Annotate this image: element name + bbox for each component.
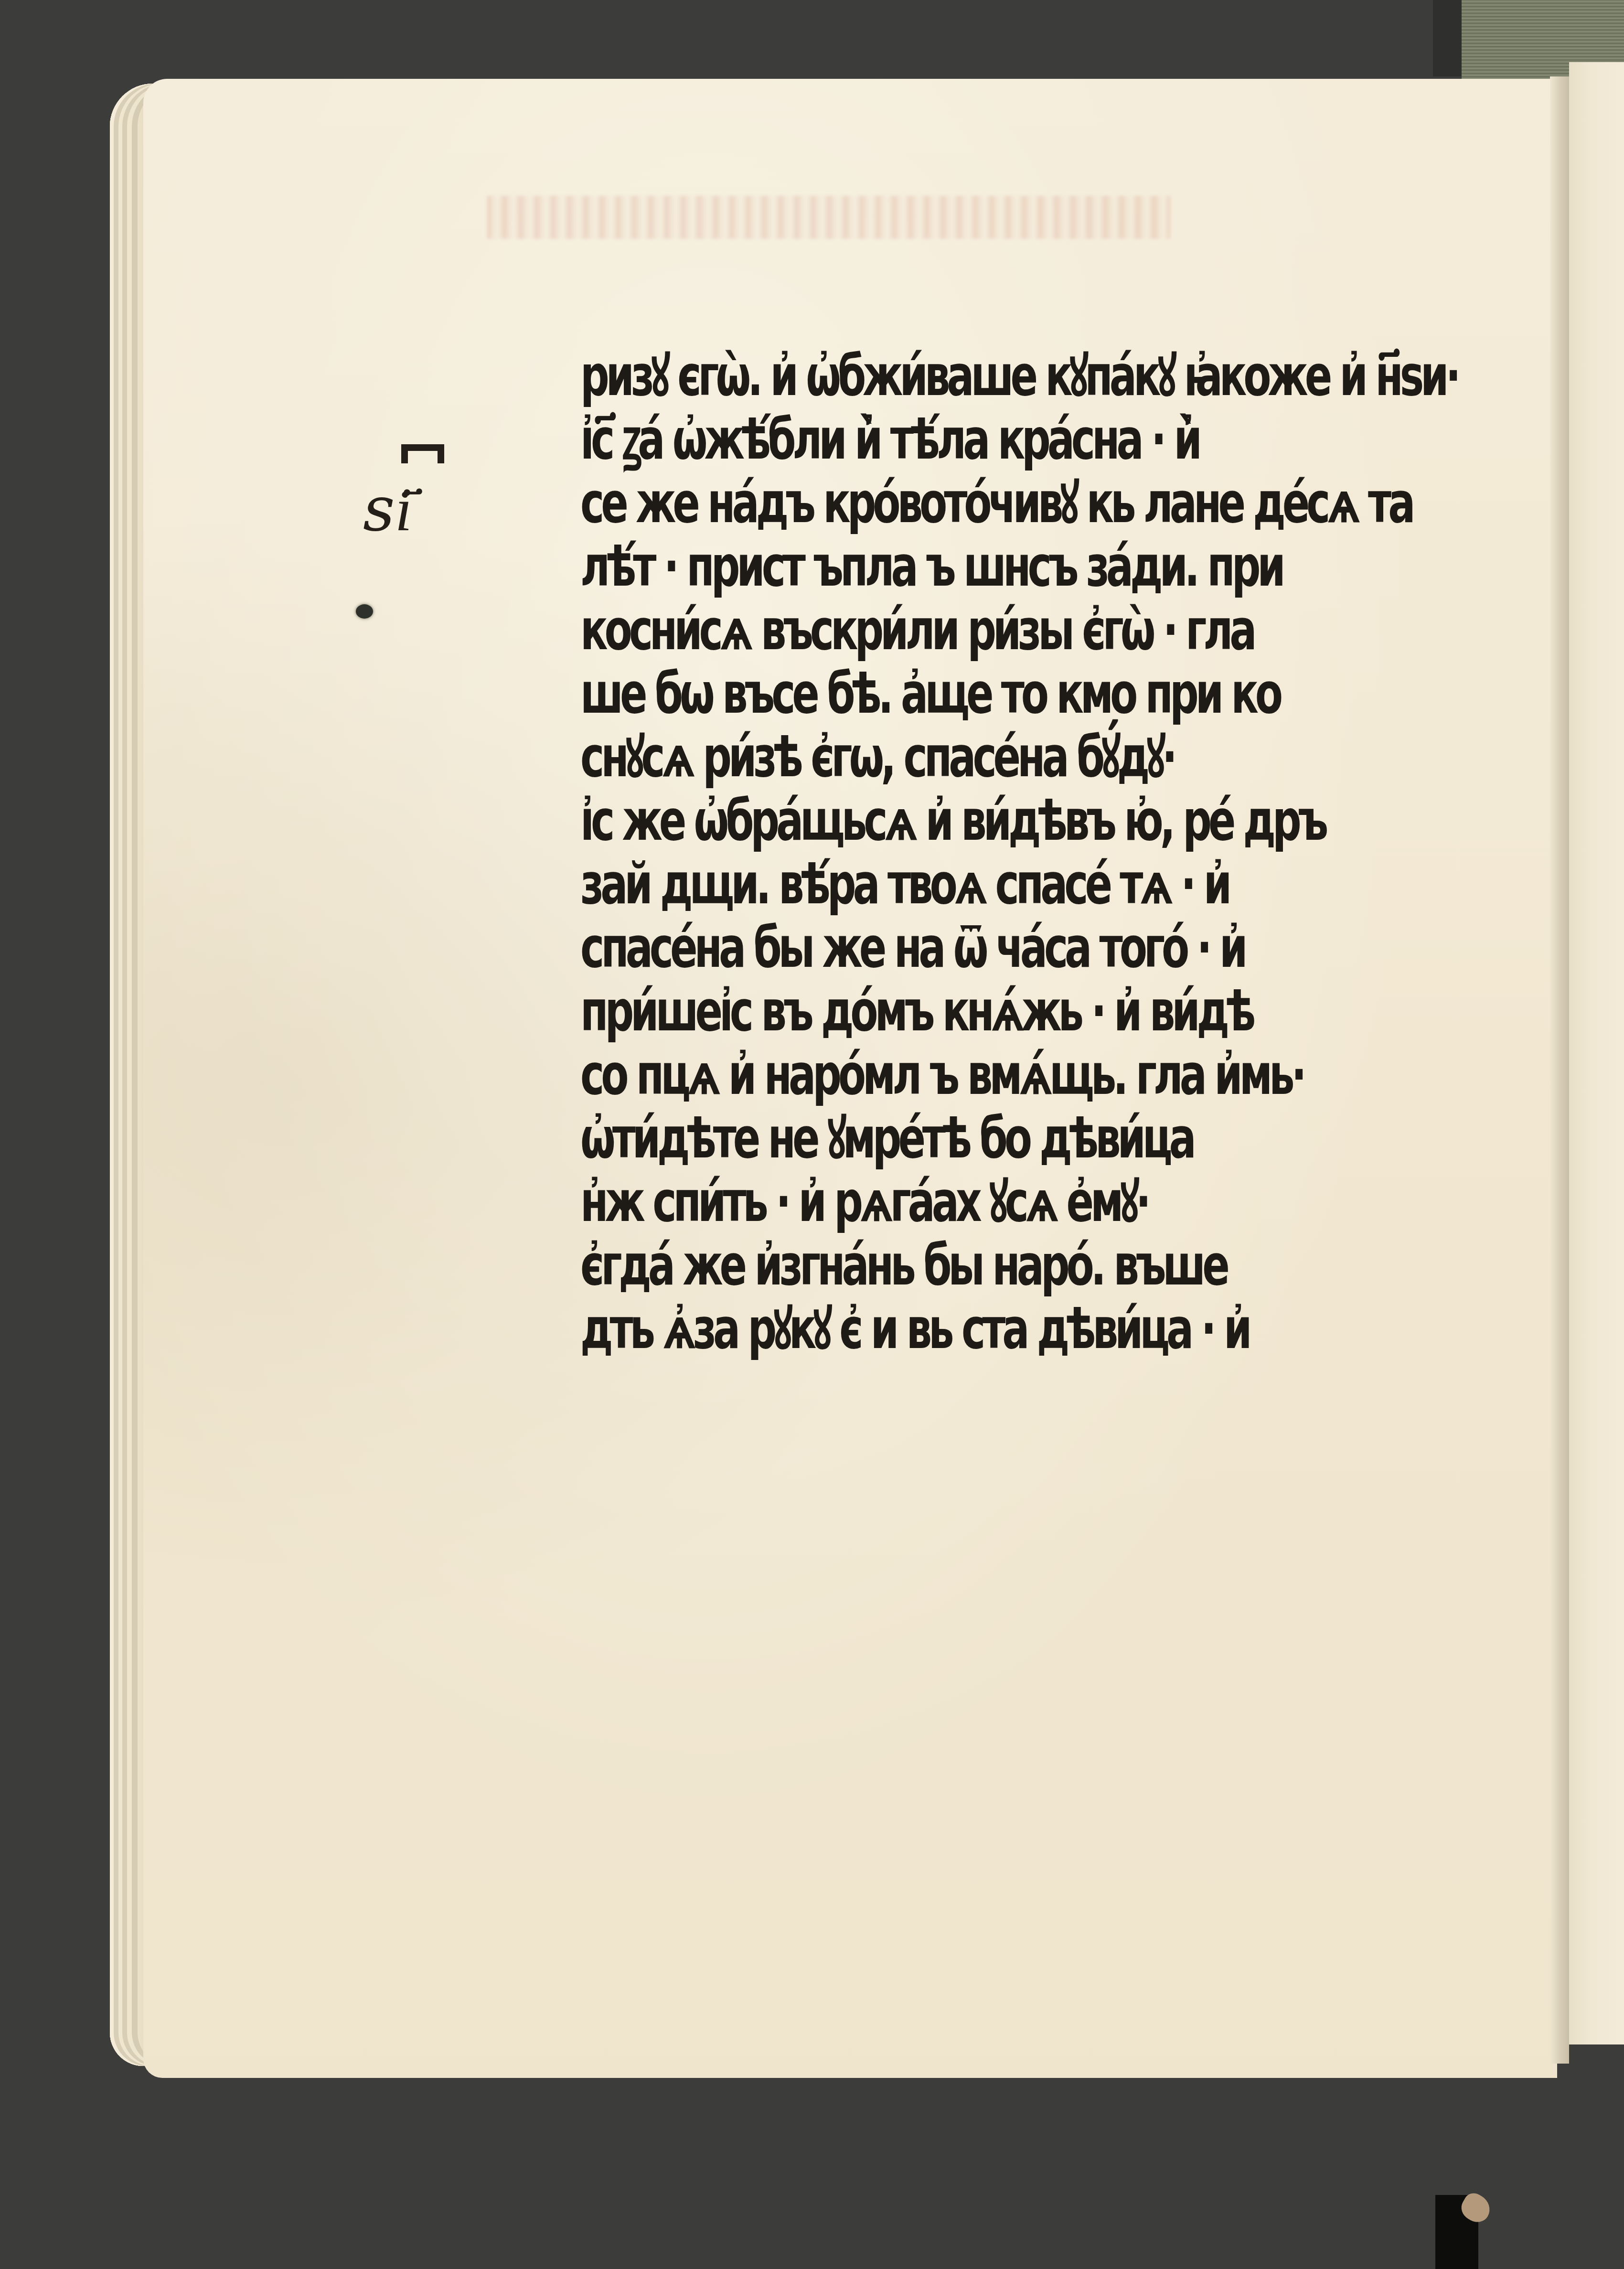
adjacent-page-edge (1569, 62, 1624, 2044)
gutter-fold (1550, 76, 1569, 2064)
insect-speck-icon (356, 604, 373, 619)
text-line: і҆с҃ ꙁа́ ѡ҆жѣ́бли и҆̀ тѣ́ла кра́сна · и҆… (580, 407, 1217, 471)
text-line: зай дщи. вѣ́ра твоѧ спасе́ тѧ · и҆ (580, 852, 1217, 916)
rubric-show-through (487, 196, 1170, 239)
manuscript-text-block: ризꙋ єгѡ̀. и҆ ѡ҆бжи́ваше кꙋпа́кꙋ ꙗ҆коже … (580, 344, 1464, 1360)
titlo-mark-icon (401, 444, 444, 463)
text-line: ѡ҆ти́дѣте не ꙋмре́тѣ бо дѣви́ца (580, 1106, 1217, 1170)
text-line: при́шеі҆с въ до́мъ кнѧ́жь · и҆ ви́дѣ (580, 979, 1217, 1043)
text-line: ше бѡ въсе бѣ. а҆ще то кмо при ко (580, 662, 1217, 725)
manuscript-scene: ѕі҃ ризꙋ єгѡ̀. и҆ ѡ҆бжи́ваше кꙋпа́кꙋ ꙗ҆к… (0, 0, 1624, 2269)
text-line: се же на́дъ кро́вото́чивꙋ кь лане де́сѧ … (580, 471, 1217, 535)
text-line: лѣ́т · прист ъпла ъ шнсъ за́ди. при (580, 535, 1217, 598)
text-line: косни́сѧ въскри́ли ри́зы є҆гѡ̀ · гла (580, 598, 1217, 662)
text-line: є҆гда́ же и҆згна́нь бы наро́. въше (580, 1233, 1217, 1297)
margin-numeral: ѕі҃ (363, 478, 412, 540)
binding-dark-block (1433, 0, 1462, 76)
text-line: ризꙋ єгѡ̀. и҆ ѡ҆бжи́ваше кꙋпа́кꙋ ꙗ҆коже … (580, 344, 1217, 407)
text-line: со пцѧ и҆ наро́мл ъ вмѧ́щь. гла и҆мь· (580, 1043, 1217, 1106)
text-line: і҆с же ѡ҆бра́щьсѧ и҆ ви́дѣвъ ю҆, ре́ дръ (580, 789, 1217, 852)
text-line: н҆ж спи́ть · и҆ рѧга́ах ꙋсѧ е҆мꙋ· (580, 1170, 1217, 1233)
text-line: дть ѧ҆за рꙋкꙋ є҆ и вь ста дѣви́ца · и҆ (580, 1297, 1217, 1360)
text-line: спасе́на бы же на ѿ ча́са того́ · и҆ (580, 916, 1217, 979)
text-line: снꙋсѧ ри́зѣ є҆гѡ, спасе́на бꙋ́дꙋ· (580, 725, 1217, 789)
